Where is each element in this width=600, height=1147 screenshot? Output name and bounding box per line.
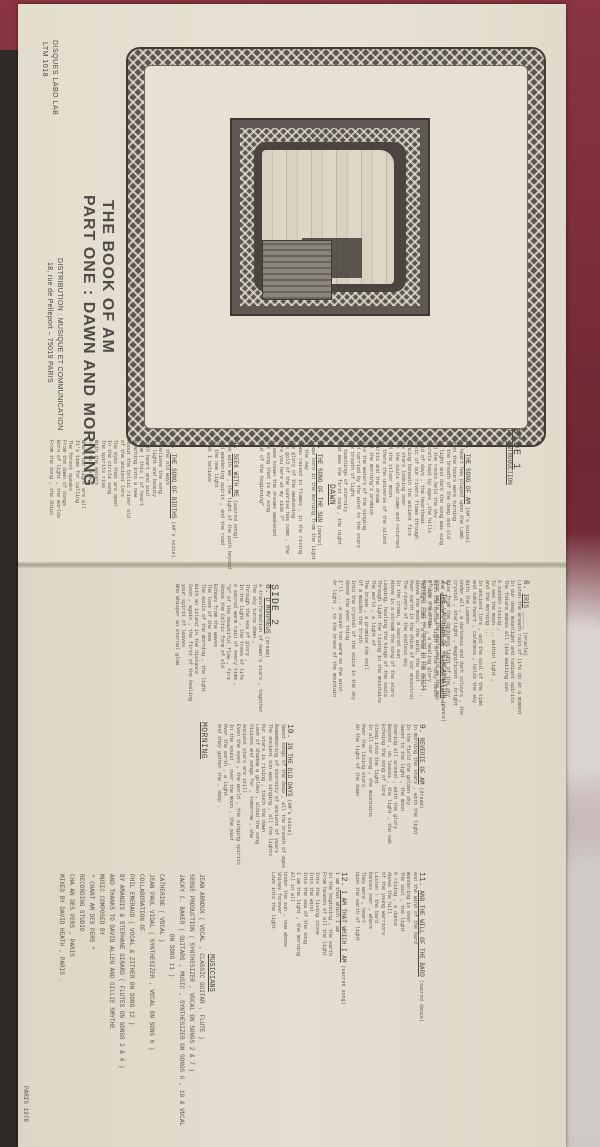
track-9-block: 9.REVERIE OF AM (dream) In morning the s…: [354, 724, 424, 844]
cover-artwork-illustration: [230, 118, 430, 316]
album-title: THE BOOK OF AM: [98, 200, 116, 354]
track-5-heading: 5.THE SONG OF BIRTHS (AM's voice): [170, 440, 176, 557]
track-5-block: 5.THE SONG OF BIRTHS (AM's voice) By the…: [48, 440, 176, 557]
gatefold-crease: [18, 562, 566, 568]
side1-block: SIDE 1 1.INTRODUCTION AM: [499, 428, 518, 485]
track-2-block: 2.THE SONG OF AM (AM's voice) My heart h…: [335, 440, 470, 548]
track-6-heading: 6.IRIS ______ (oracle): [522, 580, 528, 715]
catalog-number: LTM 1018: [41, 42, 48, 77]
track-3-block: 3.THE SONG OF THE SUN (dance) I was born…: [258, 440, 322, 560]
track-12-block: 12.I AM THAT WHICH I AM (sacred song) I …: [269, 872, 346, 1004]
musicians-heading: MUSICIANS: [206, 874, 216, 1126]
credits-footer-date: PARIS 1978: [20, 1086, 30, 1122]
track-11-heading: 11.AND THE WILL OF THE BARD (sacred danc…: [418, 872, 424, 1022]
track-8-heading: 8.O MORPHEUS (dream): [263, 584, 269, 713]
track-4-block: 4.SEEK WITH ME (sacred song) Seek with m…: [206, 440, 238, 569]
record-label: DISQUES LABO LAB: [51, 40, 58, 115]
morning-section-heading: MORNING: [200, 722, 206, 759]
track-4-heading: 4.SEEK WITH ME (sacred song): [232, 440, 238, 569]
track-7-heading: 7.THE LAUGHTER OF REINCARNATION (dance): [440, 580, 446, 722]
distribution-line: DISTRIBUTION : MUSIQUE ET COMMUNICATION: [54, 258, 64, 430]
distribution-address: 18, rue de Pelleport – 75019 PARIS: [44, 262, 54, 383]
track-12-heading: 12.I AM THAT WHICH I AM (sacred song): [340, 872, 346, 1004]
background-dark-strip: [0, 50, 20, 1147]
artwork-door: [262, 240, 332, 300]
track-1: 1.INTRODUCTION: [505, 428, 511, 485]
side2-block: SIDE 2 8.O MORPHEUS (dream) A transforma…: [174, 584, 277, 713]
musicians-credits: MUSICIANS JEAN ARNOUX ( VOCAL , CLASSIC …: [56, 874, 216, 1126]
track-9-heading: 9.REVERIE OF AM (dream): [418, 724, 424, 844]
dawn-section-heading: DAWN: [328, 484, 334, 505]
track-10-heading: 10.IN THE OLD DAYS (AM's voice): [286, 724, 292, 868]
track-11-block: 11.AND THE WILL OF THE BARD (sacred danc…: [354, 872, 424, 1022]
track-2-heading: 2.THE SONG OF AM (AM's voice): [464, 440, 470, 548]
track-10-block: 10.IN THE OLD DAYS (AM's voice) Sweet so…: [215, 724, 292, 868]
track-3-heading: 3.THE SONG OF THE SUN (dance): [316, 440, 322, 560]
track-7-block: 7.THE LAUGHTER OF REINCARNATION (dance) …: [331, 580, 446, 722]
